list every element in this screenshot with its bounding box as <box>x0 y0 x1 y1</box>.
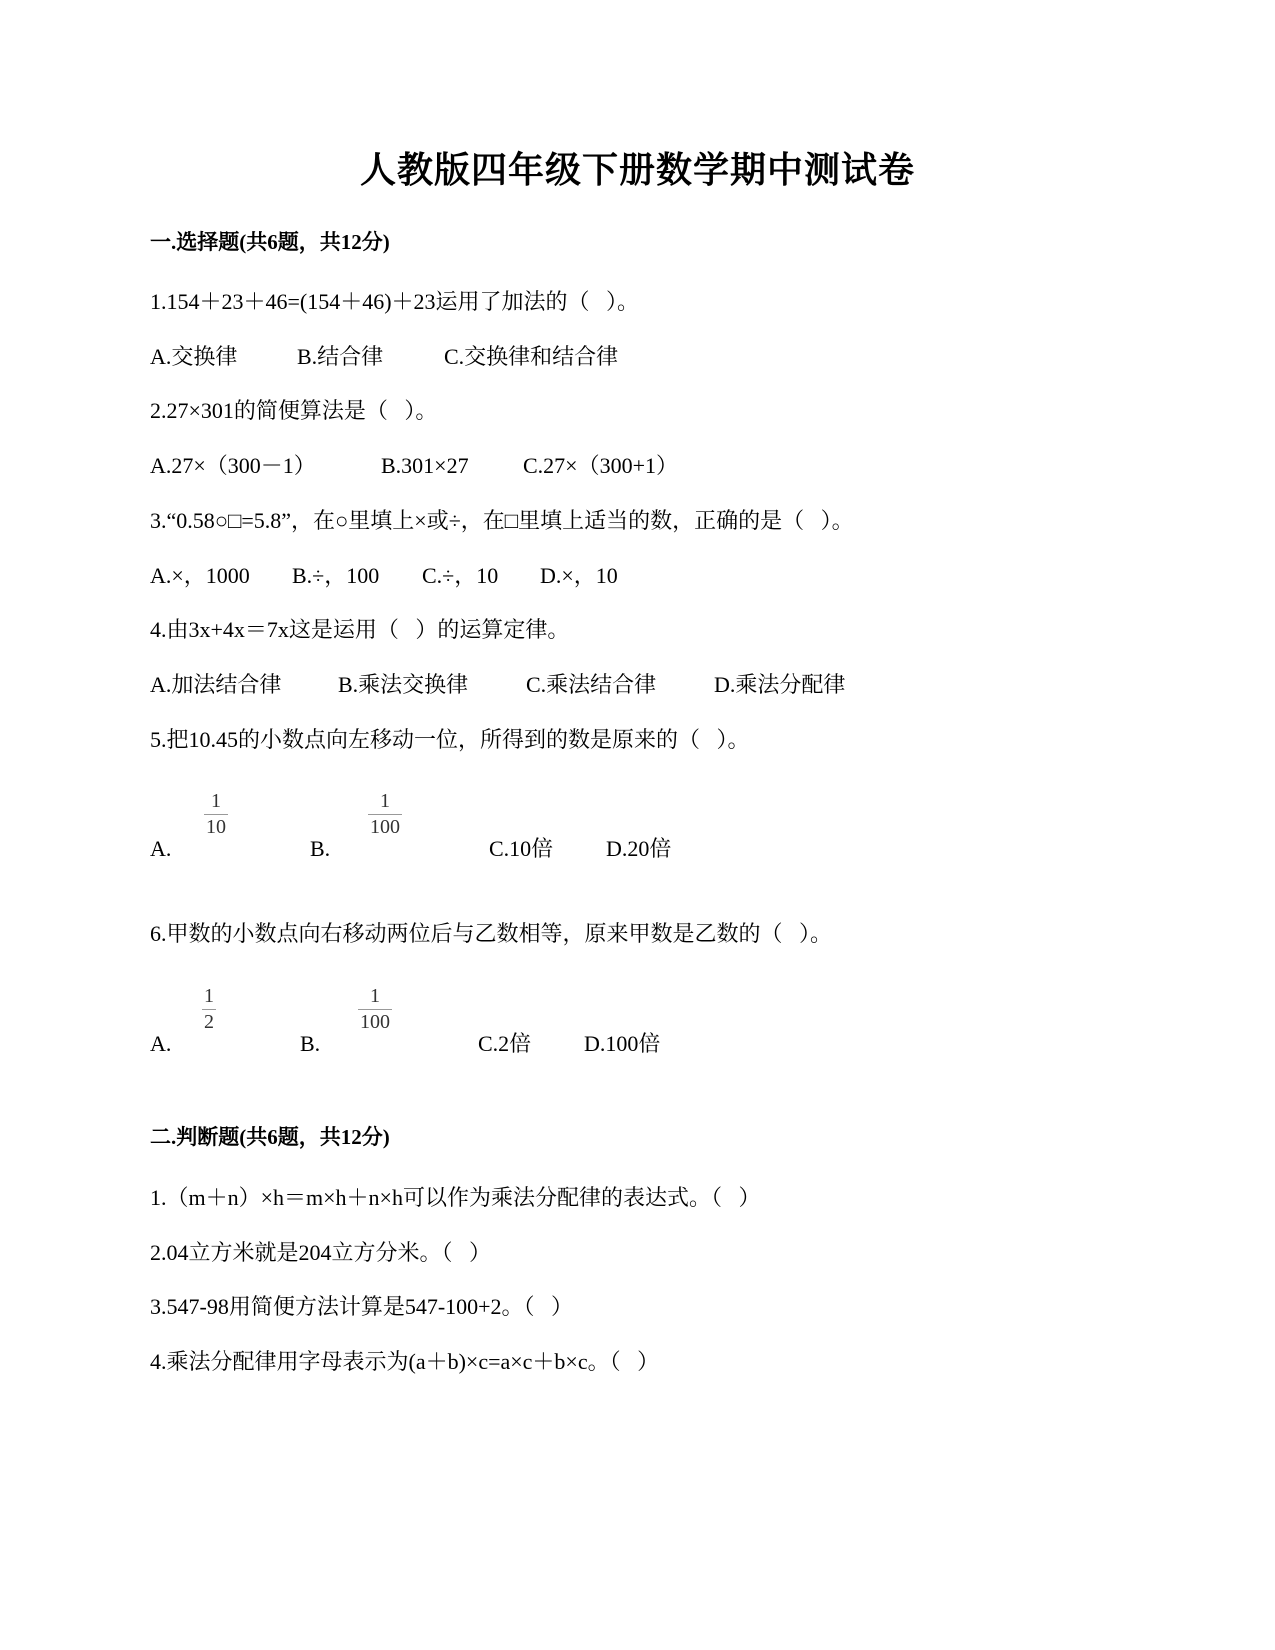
option-b: B. <box>310 834 330 864</box>
option-d: D.20倍 <box>606 834 671 864</box>
option-c: C.2倍 <box>478 1029 531 1059</box>
question-6-text: 6.甲数的小数点向右移动两位后与乙数相等，原来甲数是乙数的（ ）。 <box>150 919 832 949</box>
section-heading-multiple-choice: 一.选择题(共6题，共12分) <box>150 228 390 256</box>
fraction-one-hundredth: 1 100 <box>368 790 402 838</box>
option-b: B.301×27 <box>381 451 469 481</box>
fraction-bar <box>358 1009 392 1010</box>
option-c: C.27×（300+1） <box>523 451 678 481</box>
option-d: D.100倍 <box>584 1029 660 1059</box>
exam-page: 人教版四年级下册数学期中测试卷 一.选择题(共6题，共12分) 1.154＋23… <box>0 0 1275 1650</box>
fraction-one-hundredth: 1 100 <box>358 985 392 1033</box>
fraction-bar <box>368 814 402 815</box>
judgment-1-text: 1.（m＋n）×h＝m×h＋n×h可以作为乘法分配律的表达式。（ ） <box>150 1183 760 1213</box>
option-b: B. <box>300 1029 320 1059</box>
option-c: C.乘法结合律 <box>526 670 656 700</box>
option-a: A.×，1000 <box>150 561 250 591</box>
fraction-one-half: 1 2 <box>202 985 216 1033</box>
fraction-bar <box>202 1009 216 1010</box>
question-4-text: 4.由3x+4x＝7x这是运用（ ）的运算定律。 <box>150 615 569 645</box>
option-a: A.交换律 <box>150 342 237 372</box>
option-c: C.交换律和结合律 <box>444 342 618 372</box>
option-a: A.27×（300－1） <box>150 451 316 481</box>
fraction-bar <box>204 814 228 815</box>
option-b: B.÷，100 <box>292 561 379 591</box>
section-heading-true-false: 二.判断题(共6题，共12分) <box>150 1123 390 1151</box>
question-3-text: 3.“0.58○□=5.8”，在○里填上×或÷，在□里填上适当的数，正确的是（ … <box>150 506 854 536</box>
fraction-one-tenth: 1 10 <box>204 790 228 838</box>
option-c: C.÷，10 <box>422 561 498 591</box>
option-b: B.乘法交换律 <box>338 670 468 700</box>
option-a: A. <box>150 1029 171 1059</box>
option-d: D.乘法分配律 <box>714 670 845 700</box>
judgment-2-text: 2.04立方米就是204立方分米。（ ） <box>150 1238 491 1268</box>
option-a: A.加法结合律 <box>150 670 281 700</box>
option-d: D.×，10 <box>540 561 618 591</box>
judgment-3-text: 3.547-98用简便方法计算是547-100+2。（ ） <box>150 1292 573 1322</box>
question-5-text: 5.把10.45的小数点向左移动一位，所得到的数是原来的（ ）。 <box>150 725 750 755</box>
question-2-text: 2.27×301的简便算法是（ ）。 <box>150 396 437 426</box>
option-a: A. <box>150 834 171 864</box>
question-1-text: 1.154＋23＋46=(154＋46)＋23运用了加法的（ ）。 <box>150 287 639 317</box>
judgment-4-text: 4.乘法分配律用字母表示为(a＋b)×c=a×c＋b×c。（ ） <box>150 1347 659 1377</box>
page-title: 人教版四年级下册数学期中测试卷 <box>0 148 1275 192</box>
option-b: B.结合律 <box>297 342 383 372</box>
option-c: C.10倍 <box>489 834 553 864</box>
